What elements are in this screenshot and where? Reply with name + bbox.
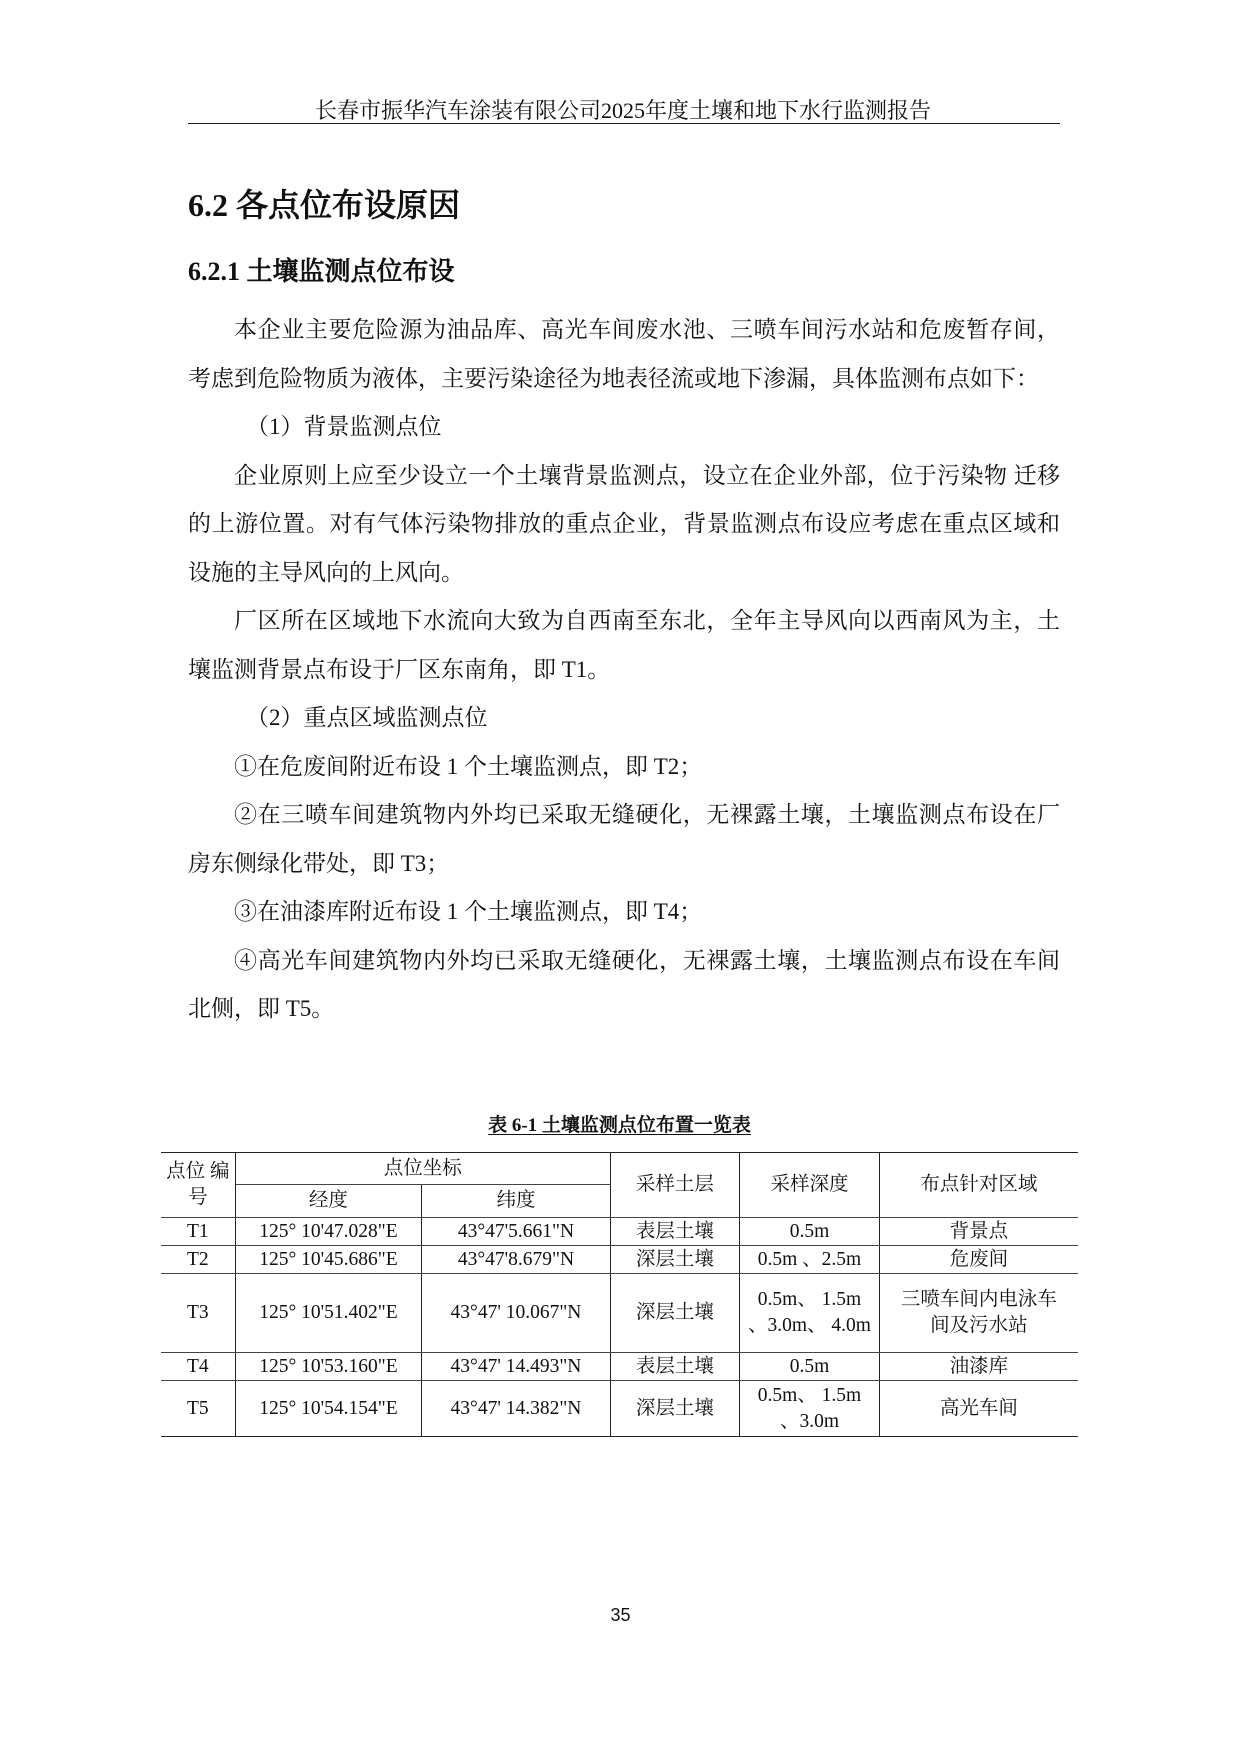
header-divider bbox=[188, 123, 1060, 124]
paragraph-bg-principle: 企业原则上应至少设立一个土壤背景监测点，设立在企业外部，位于污染物 迁移的上游位… bbox=[188, 452, 1060, 598]
subsection-heading: 6.2.1 土壤监测点位布设 bbox=[188, 251, 455, 288]
cell-layer: 表层土壤 bbox=[610, 1353, 739, 1381]
cell-longitude: 125° 10'54.154"E bbox=[235, 1381, 421, 1437]
body-text: 本企业主要危险源为油品库、高光车间废水池、三喷车间污水站和危废暂存间，考虑到危险… bbox=[188, 306, 1060, 1034]
paragraph-item-3: ③在油漆库附近布设 1 个土壤监测点，即 T4； bbox=[188, 888, 1060, 937]
cell-layer: 深层土壤 bbox=[610, 1246, 739, 1274]
header-sampling-layer: 采样土层 bbox=[610, 1153, 739, 1218]
table-row: T2 125° 10'45.686"E 43°47'8.679"N 深层土壤 0… bbox=[161, 1246, 1078, 1274]
cell-layer: 深层土壤 bbox=[610, 1381, 739, 1437]
cell-depth: 0.5m 、2.5m bbox=[740, 1246, 880, 1274]
paragraph-item-4: ④高光车间建筑物内外均已采取无缝硬化，无裸露土壤，土壤监测点布设在车间北侧，即 … bbox=[188, 937, 1060, 1034]
running-header: 长春市振华汽车涂装有限公司2025年度土壤和地下水行监测报告 bbox=[188, 94, 1058, 125]
cell-area: 油漆库 bbox=[879, 1353, 1078, 1381]
paragraph-bg-heading: （1）背景监测点位 bbox=[188, 403, 1060, 452]
cell-longitude: 125° 10'53.160"E bbox=[235, 1353, 421, 1381]
cell-depth: 0.5m bbox=[740, 1353, 880, 1381]
table-caption: 表 6-1 土壤监测点位布置一览表 bbox=[161, 1110, 1078, 1137]
cell-id: T1 bbox=[161, 1218, 235, 1246]
paragraph-intro: 本企业主要危险源为油品库、高光车间废水池、三喷车间污水站和危废暂存间，考虑到危险… bbox=[188, 306, 1060, 403]
section-heading: 6.2 各点位布设原因 bbox=[188, 180, 460, 226]
paragraph-item-2: ②在三喷车间建筑物内外均已采取无缝硬化，无裸露土壤，土壤监测点布设在厂房东侧绿化… bbox=[188, 791, 1060, 888]
header-target-area: 布点针对区域 bbox=[879, 1153, 1078, 1218]
paragraph-key-heading: （2）重点区域监测点位 bbox=[188, 694, 1060, 743]
cell-area: 三喷车间内电泳车间及污水站 bbox=[879, 1274, 1078, 1353]
cell-depth: 0.5m、 1.5m 、3.0m、 4.0m bbox=[740, 1274, 880, 1353]
cell-layer: 表层土壤 bbox=[610, 1218, 739, 1246]
cell-id: T5 bbox=[161, 1381, 235, 1437]
cell-longitude: 125° 10'45.686"E bbox=[235, 1246, 421, 1274]
table-caption-text: 表 6-1 土壤监测点位布置一览表 bbox=[488, 1115, 751, 1136]
table-row: T4 125° 10'53.160"E 43°47' 14.493"N 表层土壤… bbox=[161, 1353, 1078, 1381]
cell-depth: 0.5m、 1.5m 、3.0m bbox=[740, 1381, 880, 1437]
cell-area: 高光车间 bbox=[879, 1381, 1078, 1437]
soil-monitoring-table: 点位 编号 点位坐标 采样土层 采样深度 布点针对区域 经度 纬度 T1 125… bbox=[161, 1152, 1078, 1437]
cell-area: 背景点 bbox=[879, 1218, 1078, 1246]
cell-id: T3 bbox=[161, 1274, 235, 1353]
cell-latitude: 43°47' 10.067"N bbox=[422, 1274, 611, 1353]
cell-longitude: 125° 10'51.402"E bbox=[235, 1274, 421, 1353]
header-longitude: 经度 bbox=[235, 1185, 421, 1218]
cell-longitude: 125° 10'47.028"E bbox=[235, 1218, 421, 1246]
cell-layer: 深层土壤 bbox=[610, 1274, 739, 1353]
cell-depth: 0.5m bbox=[740, 1218, 880, 1246]
cell-area: 危废间 bbox=[879, 1246, 1078, 1274]
cell-id: T2 bbox=[161, 1246, 235, 1274]
cell-latitude: 43°47'5.661"N bbox=[422, 1218, 611, 1246]
page-number: 35 bbox=[0, 1605, 1241, 1626]
cell-latitude: 43°47' 14.493"N bbox=[422, 1353, 611, 1381]
document-page: 长春市振华汽车涂装有限公司2025年度土壤和地下水行监测报告 6.2 各点位布设… bbox=[0, 0, 1241, 1756]
cell-latitude: 43°47' 14.382"N bbox=[422, 1381, 611, 1437]
table-row: T1 125° 10'47.028"E 43°47'5.661"N 表层土壤 0… bbox=[161, 1218, 1078, 1246]
header-latitude: 纬度 bbox=[422, 1185, 611, 1218]
header-sampling-depth: 采样深度 bbox=[740, 1153, 880, 1218]
header-point-id: 点位 编号 bbox=[161, 1153, 235, 1218]
paragraph-item-1: ①在危废间附近布设 1 个土壤监测点，即 T2； bbox=[188, 743, 1060, 792]
table-row: T5 125° 10'54.154"E 43°47' 14.382"N 深层土壤… bbox=[161, 1381, 1078, 1437]
cell-latitude: 43°47'8.679"N bbox=[422, 1246, 611, 1274]
cell-id: T4 bbox=[161, 1353, 235, 1381]
header-coordinates: 点位坐标 bbox=[235, 1153, 610, 1185]
paragraph-bg-site: 厂区所在区域地下水流向大致为自西南至东北，全年主导风向以西南风为主，土壤监测背景… bbox=[188, 597, 1060, 694]
table-row: T3 125° 10'51.402"E 43°47' 10.067"N 深层土壤… bbox=[161, 1274, 1078, 1353]
